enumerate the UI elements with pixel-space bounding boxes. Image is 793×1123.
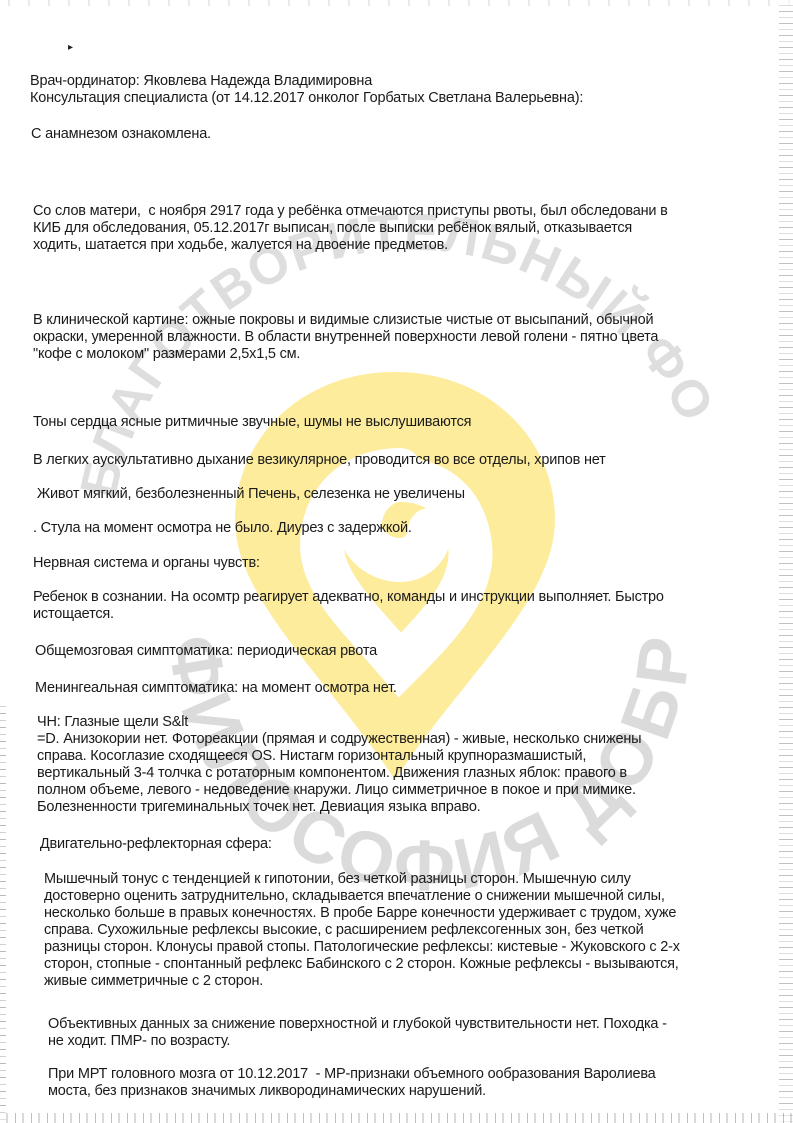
scan-speck: ▸ xyxy=(68,42,73,53)
doctor-line: Врач-ординатор: Яковлева Надежда Владими… xyxy=(30,73,372,90)
heading-motor-reflex: Двигательно-рефлекторная сфера: xyxy=(36,836,272,853)
paragraph-consciousness: Ребенок в сознании. На осомтр реагирует … xyxy=(33,589,664,623)
consultation-line: Консультация специалиста (от 14.12.2017 … xyxy=(30,90,583,107)
paragraph-stool: . Стула на момент осмотра не было. Диуре… xyxy=(33,520,412,537)
paragraph-motor: Мышечный тонус с тенденцией к гипотонии,… xyxy=(44,871,680,990)
paragraph-heart: Тоны сердца ясные ритмичные звучные, шум… xyxy=(33,414,471,431)
paragraph-clinical: В клинической картине: ожные покровы и в… xyxy=(33,312,658,363)
paragraph-abdomen: Живот мягкий, безболезненный Печень, сел… xyxy=(33,486,465,503)
paragraph-sensory: Объективных данных за снижение поверхнос… xyxy=(48,1016,667,1050)
scan-edge-bottom xyxy=(0,1113,793,1123)
heading-nervous-system: Нервная система и органы чувств: xyxy=(33,555,260,572)
paragraph-lungs: В легких аускультативно дыхание везикуля… xyxy=(33,452,606,469)
scan-edge-right xyxy=(779,0,793,1123)
scan-edge-left xyxy=(0,700,6,1120)
paragraph-meningeal: Менингеальная симптоматика: на момент ос… xyxy=(35,680,397,697)
paragraph-mri: При МРТ головного мозга от 10.12.2017 - … xyxy=(48,1066,656,1100)
paragraph-history: Со слов матери, с ноября 2917 года у реб… xyxy=(33,203,668,254)
scan-edge-top xyxy=(0,0,793,6)
paragraph-cerebral: Общемозговая симптоматика: периодическая… xyxy=(35,643,377,660)
scanned-document-page: ▸ БЛАГОТВОРИТЕЛЬНЫЙ ФОНД ФИЛОСОФИЯ ДОБРА… xyxy=(0,0,793,1123)
paragraph-anamnesis: С анамнезом ознакомлена. xyxy=(31,126,211,143)
paragraph-cranial-nerves: ЧН: Глазные щели S&lt =D. Анизокории нет… xyxy=(37,714,641,816)
